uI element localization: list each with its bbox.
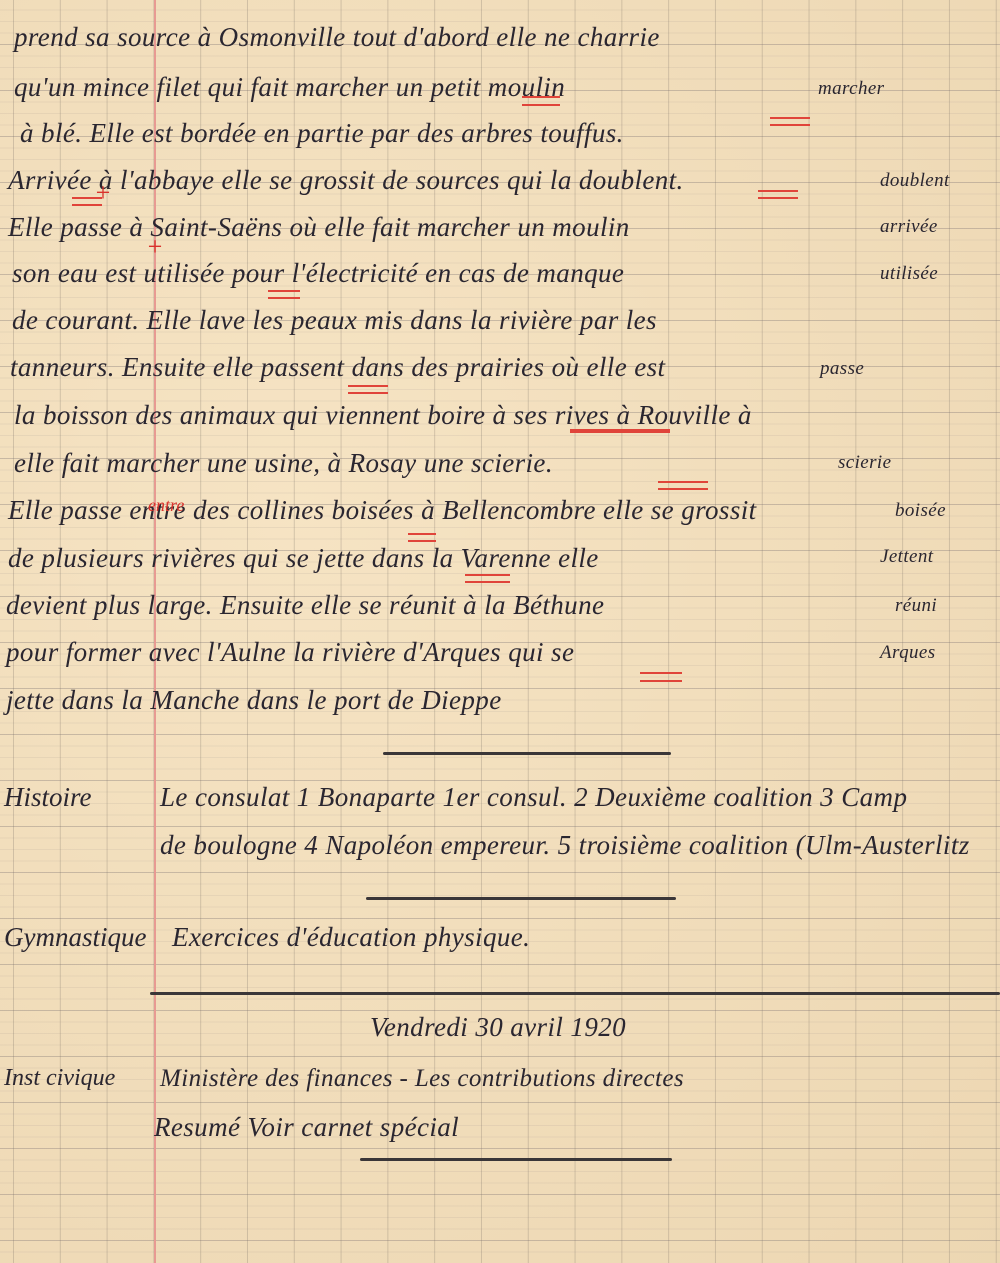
- text-line-5: Elle passe à Saint-Saëns où elle fait ma…: [8, 212, 630, 243]
- inst-civique-line-1: Ministère des finances - Les contributio…: [160, 1065, 684, 1093]
- subject-label-inst-civique: Inst civique: [4, 1065, 115, 1092]
- red-underline-mark: [522, 104, 560, 106]
- red-plus-mark: +: [146, 232, 164, 262]
- text-line-15: jette dans la Manche dans le port de Die…: [6, 685, 502, 716]
- correction-utilisee: utilisée: [880, 263, 938, 285]
- text-line-8: tanneurs. Ensuite elle passent dans des …: [10, 352, 665, 383]
- correction-scierie: scierie: [838, 452, 891, 474]
- red-underline-mark: [348, 392, 388, 394]
- correction-arrivee: arrivée: [880, 216, 938, 238]
- text-line-6: son eau est utilisée pour l'électricité …: [12, 258, 624, 289]
- red-underline-mark: [268, 290, 300, 292]
- text-line-10: elle fait marcher une usine, à Rosay une…: [14, 448, 553, 479]
- text-line-1: prend sa source à Osmonville tout d'abor…: [14, 22, 660, 53]
- text-line-12: de plusieurs rivières qui se jette dans …: [8, 543, 599, 574]
- red-underline-mark: [758, 190, 798, 192]
- separator-line: [366, 897, 676, 900]
- histoire-line-1: Le consulat 1 Bonaparte 1er consul. 2 De…: [160, 782, 907, 813]
- text-line-3: à blé. Elle est bordée en partie par des…: [20, 118, 624, 149]
- inst-civique-line-2: Resumé Voir carnet spécial: [154, 1112, 459, 1143]
- red-underline-mark: [348, 385, 388, 387]
- red-underline-mark: [465, 574, 510, 576]
- red-underline-mark: [658, 481, 708, 483]
- correction-passe: passe: [820, 358, 864, 380]
- red-underline-mark: [640, 680, 682, 682]
- red-underline-mark: [640, 672, 682, 674]
- correction-arques: Arques: [880, 642, 936, 664]
- red-underline-mark: [408, 533, 436, 535]
- correction-marcher: marcher: [818, 78, 884, 100]
- correction-reuni: réuni: [895, 595, 937, 617]
- red-underline-mark: [758, 197, 798, 199]
- separator-line: [150, 992, 1000, 995]
- red-underline-mark: [268, 297, 300, 299]
- red-underline-mark: [770, 124, 810, 126]
- red-underline-mark: [570, 429, 670, 433]
- separator-line: [360, 1158, 672, 1161]
- correction-boisee: boisée: [895, 500, 946, 522]
- red-underline-mark: [408, 540, 436, 542]
- separator-line: [383, 752, 671, 755]
- gymnastique-text: Exercices d'éducation physique.: [172, 922, 530, 953]
- subject-label-histoire: Histoire: [4, 782, 92, 813]
- text-line-2: qu'un mince filet qui fait marcher un pe…: [14, 72, 565, 103]
- correction-jettent: Jettent: [880, 546, 933, 568]
- subject-label-gymnastique: Gymnastique: [4, 922, 146, 953]
- date-heading: Vendredi 30 avril 1920: [370, 1012, 626, 1043]
- text-line-7: de courant. Elle lave les peaux mis dans…: [12, 305, 657, 336]
- correction-doublent: doublent: [880, 170, 950, 192]
- red-correction-entre: entre: [148, 495, 184, 516]
- text-line-9: la boisson des animaux qui viennent boir…: [14, 400, 752, 431]
- red-plus-mark: +: [94, 178, 112, 208]
- text-line-11: Elle passe entre des collines boisées à …: [8, 495, 757, 526]
- red-underline-mark: [465, 581, 510, 583]
- histoire-line-2: de boulogne 4 Napoléon empereur. 5 trois…: [160, 830, 970, 861]
- red-underline-mark: [770, 117, 810, 119]
- red-underline-mark: [522, 96, 560, 98]
- red-underline-mark: [658, 488, 708, 490]
- text-line-13: devient plus large. Ensuite elle se réun…: [6, 590, 604, 621]
- text-line-14: pour former avec l'Aulne la rivière d'Ar…: [6, 637, 574, 668]
